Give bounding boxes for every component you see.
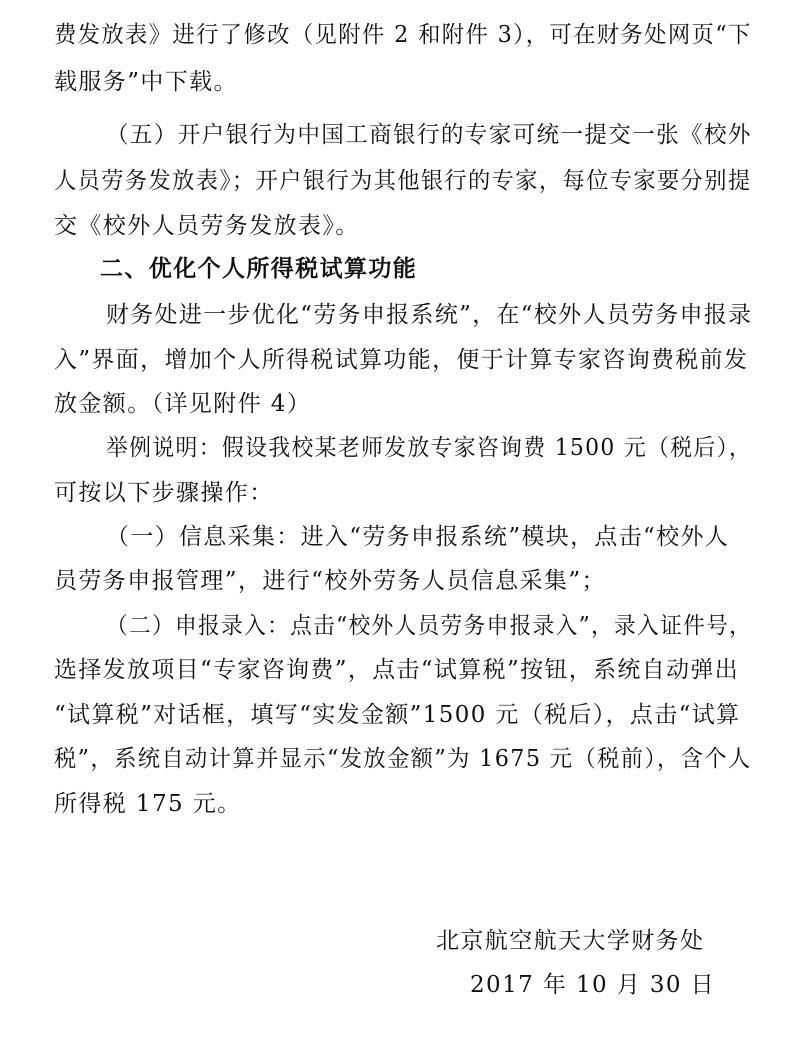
paragraph-line: 税”，系统自动计算并显示“发放金额”为 1675 元（税前），含个人 — [54, 744, 733, 774]
paragraph-line: 人员劳务发放表》；开户银行为其他银行的专家，每位专家要分别提 — [54, 166, 732, 196]
paragraph-line: 财务处进一步优化“劳务申报系统”，在“校外人员劳务申报录 — [106, 300, 751, 330]
paragraph-line: “试算税”对话框，填写“实发金额”1500 元（税后），点击“试算 — [54, 700, 752, 730]
paragraph-line: 员劳务申报管理”，进行“校外劳务人员信息采集”； — [54, 566, 754, 596]
document-page: 费发放表》进行了修改（见附件 2 和附件 3），可在财务处网页“下 载服务”中下… — [0, 0, 791, 1062]
paragraph-line: 交《校外人员劳务发放表》。 — [54, 211, 754, 241]
paragraph-line: （五）开户银行为中国工商银行的专家可统一提交一张《校外 — [106, 120, 741, 150]
paragraph-line: 费发放表》进行了修改（见附件 2 和附件 3），可在财务处网页“下 — [54, 20, 734, 50]
paragraph-line: 选择发放项目“专家咨询费”，点击“试算税”按钮，系统自动弹出 — [54, 655, 752, 685]
signature-organization: 北京航空航天大学财务处 — [436, 926, 704, 956]
paragraph-line: 可按以下步骤操作： — [54, 478, 754, 508]
section-heading: 二、优化个人所得税试算功能 — [100, 254, 791, 284]
paragraph-line: 所得税 175 元。 — [54, 789, 754, 819]
paragraph-line: （二）申报录入：点击“校外人员劳务申报录入”，录入证件号， — [106, 611, 717, 641]
paragraph-line: 入”界面，增加个人所得税试算功能，便于计算专家咨询费税前发 — [54, 345, 752, 375]
paragraph-line: 放金额。（详见附件 4） — [54, 389, 754, 419]
paragraph-line: 载服务”中下载。 — [54, 67, 754, 97]
signature-date: 2017 年 10 月 30 日 — [470, 970, 715, 1000]
paragraph-line: 举例说明：假设我校某老师发放专家咨询费 1500 元（税后）， — [106, 433, 722, 463]
paragraph-line: （一）信息采集：进入“劳务申报系统”模块，点击“校外人 — [106, 522, 752, 552]
